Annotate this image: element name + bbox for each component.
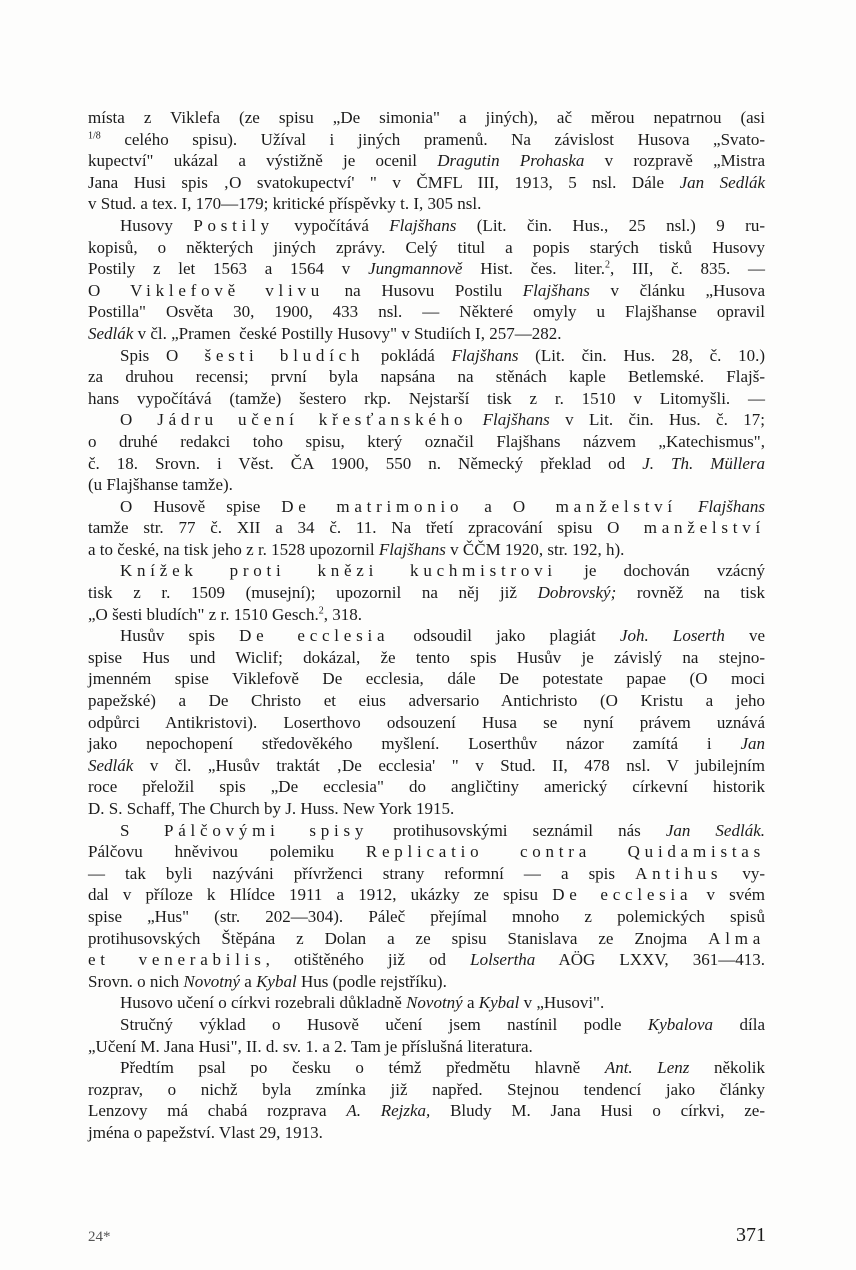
text-line: jména o papežství. Vlast 29, 1913. [88, 1122, 765, 1144]
text-line: Postily z let 1563 a 1564 v Jungmannově … [88, 258, 765, 280]
text-line: jako nepochopení středověkého myšlení. L… [88, 733, 765, 755]
text-run: ve [725, 626, 765, 645]
italic-reference: Flajšhans [389, 216, 456, 235]
text-line: odpůrci Antikristovi). Loserthovo odsouz… [88, 712, 765, 734]
text-line: č. 18. Srovn. i Věst. ČA 1900, 550 n. Ně… [88, 453, 765, 475]
text-run: a [240, 972, 256, 991]
text-run: a [463, 993, 479, 1012]
italic-reference: Jan Sedlák [680, 173, 765, 192]
text-line: kopisů, o některých jiných zprávy. Celý … [88, 237, 765, 259]
text-run: „O šesti bludích" z r. 1510 Gesch. [88, 605, 319, 624]
italic-reference: Kybalova [648, 1015, 713, 1034]
text-line: Stručný výklad o Husově učení jsem nastí… [88, 1014, 765, 1036]
spaced-title: Knížek proti knězi kuchmistrovi [120, 561, 557, 580]
text-run: , III, č. 835. — [610, 259, 765, 278]
text-run: rozprav, o nichž byla zmínka již napřed.… [88, 1080, 765, 1099]
italic-reference: Jan Sedlák. [666, 821, 765, 840]
text-line: kupectví" ukázal a výstižně je ocenil Dr… [88, 150, 765, 172]
text-line: za druhou recensi; první byla napsána na… [88, 366, 765, 388]
italic-reference: Dragutin Prohaska [437, 151, 584, 170]
text-run: , otištěného již od [266, 950, 471, 969]
text-run: „Učení M. Jana Husi", II. d. sv. 1. a 2.… [88, 1037, 533, 1056]
text-line: — tak byli nazýváni přívrženci strany re… [88, 863, 765, 885]
spaced-title: Replicatio contra Quidamistas [366, 842, 765, 861]
italic-reference: Flajšhans [379, 540, 446, 559]
text-run: jmenném spise Viklefově De ecclesia, dál… [88, 669, 765, 688]
text-run: v čl. „Pramen české Postilly Husovy" v S… [133, 324, 561, 343]
text-run: (Lit. čin. Hus. 28, č. 10.) [519, 346, 765, 365]
text-line: Sedlák v čl. „Pramen české Postilly Huso… [88, 323, 765, 345]
text-run: pokládá [364, 346, 451, 365]
text-line: et venerabilis, otištěného již od Lolser… [88, 949, 765, 971]
italic-reference: Lolsertha [470, 950, 535, 969]
text-line: Husovy Postily vypočítává Flajšhans (Lit… [88, 215, 765, 237]
text-line: Husovo učení o církvi rozebrali důkladně… [88, 992, 765, 1014]
text-line: spise „Hus" (str. 202—304). Páleč přejím… [88, 906, 765, 928]
text-line: místa z Viklefa (ze spisu „De simonia" a… [88, 107, 765, 129]
text-line: „O šesti bludích" z r. 1510 Gesch.2, 318… [88, 604, 765, 626]
text-line: O Jádru učení křesťanského Flajšhans v L… [88, 409, 765, 431]
spaced-title: O šesti bludích [166, 346, 364, 365]
text-run: je dochován vzácný [557, 561, 765, 580]
text-run: rovněž na tisk [616, 583, 765, 602]
spaced-title: Alma [708, 929, 765, 948]
text-line: Srovn. o nich Novotný a Kybal Hus (podle… [88, 971, 765, 993]
superscript: 1/8 [88, 130, 101, 141]
text-run: několik [689, 1058, 765, 1077]
text-run: a to české, na tisk jeho z r. 1528 upozo… [88, 540, 379, 559]
text-run: kupectví" ukázal a výstižně je ocenil [88, 151, 437, 170]
text-run: roce přeložil spis „De ecclesia" do angl… [88, 777, 765, 796]
text-run: kopisů, o některých jiných zprávy. Celý … [88, 238, 765, 257]
text-line: Postilla" Osvěta 30, 1900, 433 nsl. — Ně… [88, 301, 765, 323]
text-line: protihusovských Štěpána z Dolan a ze spi… [88, 928, 765, 950]
text-run: O Husově spise [120, 497, 281, 516]
text-run: Husovy [120, 216, 193, 235]
text-line: S Pálčovými spisy protihusovskými seznám… [88, 820, 765, 842]
text-line: tisk z r. 1509 (musejní); upozornil na n… [88, 582, 765, 604]
text-run: odsoudil jako plagiát [389, 626, 620, 645]
italic-reference: A. Rejzka, [346, 1101, 430, 1120]
text-run: protihusovskými seznámil nás [368, 821, 666, 840]
text-line: Sedlák v čl. „Husův traktát ‚De ecclesia… [88, 755, 765, 777]
text-run: Srovn. o nich [88, 972, 183, 991]
italic-reference: Flajšhans [698, 497, 765, 516]
text-run: na Husovu Postilu [324, 281, 523, 300]
spaced-title: O manželství [513, 497, 677, 516]
text-run: AÖG LXXV, 361—413. [535, 950, 765, 969]
italic-reference: Sedlák [88, 756, 133, 775]
text-line: roce přeložil spis „De ecclesia" do angl… [88, 776, 765, 798]
text-run: a [463, 497, 513, 516]
spaced-title: De ecclesia [239, 626, 389, 645]
italic-reference: Flajšhans [451, 346, 518, 365]
text-run: Pálčovu hněvivou polemiku [88, 842, 366, 861]
italic-reference: Joh. Loserth [620, 626, 725, 645]
spaced-title: De ecclesia [552, 885, 692, 904]
spaced-title: Postily [193, 216, 274, 235]
text-line: O Viklefově vlivu na Husovu Postilu Flaj… [88, 280, 765, 302]
text-run: za druhou recensi; první byla napsána na… [88, 367, 765, 386]
text-run: odpůrci Antikristovi). Loserthovo odsouz… [88, 713, 765, 732]
text-run: — tak byli nazýváni přívrženci strany re… [88, 864, 635, 883]
text-line: D. S. Schaff, The Church by J. Huss. New… [88, 798, 765, 820]
italic-reference: Novotný [183, 972, 240, 991]
text-run: D. S. Schaff, The Church by J. Huss. New… [88, 799, 454, 818]
italic-reference: Jungmannově [368, 259, 462, 278]
text-run: jako nepochopení středověkého myšlení. L… [88, 734, 740, 753]
text-line: Pálčovu hněvivou polemiku Replicatio con… [88, 841, 765, 863]
text-run [467, 410, 482, 429]
text-line: hans vypočítává (tamže) šestero rkp. Nej… [88, 388, 765, 410]
text-run: v svém [692, 885, 765, 904]
text-line: Husův spis De ecclesia odsoudil jako pla… [88, 625, 765, 647]
spaced-title: O Viklefově vlivu [88, 281, 324, 300]
text-run: v čl. „Husův traktát ‚De ecclesia' " v S… [133, 756, 765, 775]
italic-reference: Kybal [256, 972, 297, 991]
text-run: o druhé redakci toho spisu, který označi… [88, 432, 765, 451]
text-line: papežské) a De Christo et eius adversari… [88, 690, 765, 712]
italic-reference: Kybal [479, 993, 520, 1012]
text-line: rozprav, o nichž byla zmínka již napřed.… [88, 1079, 765, 1101]
text-run: spise „Hus" (str. 202—304). Páleč přejím… [88, 907, 765, 926]
text-line: o druhé redakci toho spisu, který označi… [88, 431, 765, 453]
text-run: papežské) a De Christo et eius adversari… [88, 691, 765, 710]
text-run: Spis [120, 346, 166, 365]
spaced-title: O manželství [607, 518, 765, 537]
text-run: vy- [722, 864, 765, 883]
text-line: O Husově spise De matrimonio a O manžels… [88, 496, 765, 518]
text-run: Husovo učení o církvi rozebrali důkladně [120, 993, 406, 1012]
italic-reference: Novotný [406, 993, 463, 1012]
text-line: Předtím psal po česku o témž předmětu hl… [88, 1057, 765, 1079]
text-run: Předtím psal po česku o témž předmětu hl… [120, 1058, 605, 1077]
text-run: díla [713, 1015, 765, 1034]
text-run: jména o papežství. Vlast 29, 1913. [88, 1123, 323, 1142]
text-run: Hist. čes. liter. [462, 259, 604, 278]
text-run: tisk z r. 1509 (musejní); upozornil na n… [88, 583, 538, 602]
text-run: celého spisu). Užíval i jiných pramenů. … [101, 130, 765, 149]
text-run: Stručný výklad o Husově učení jsem nastí… [120, 1015, 648, 1034]
spaced-title: O Jádru učení křesťanského [120, 410, 467, 429]
italic-reference: Ant. Lenz [605, 1058, 690, 1077]
spaced-title: De matrimonio [281, 497, 463, 516]
text-run: spise Hus und Wiclif; dokázal, že tento … [88, 648, 765, 667]
text-run: Lenzovy má chabá rozprava [88, 1101, 346, 1120]
text-line: jmenném spise Viklefově De ecclesia, dál… [88, 668, 765, 690]
italic-reference: J. Th. Müllera [642, 454, 765, 473]
text-run: (u Flajšhanse tamže). [88, 475, 233, 494]
text-line: Lenzovy má chabá rozprava A. Rejzka, Blu… [88, 1100, 765, 1122]
text-run: , 318. [324, 605, 362, 624]
text-run: v ČČM 1920, str. 192, h). [446, 540, 625, 559]
text-run: Postilla" Osvěta 30, 1900, 433 nsl. — Ně… [88, 302, 765, 321]
text-run: v článku „Husova [590, 281, 765, 300]
signature-mark: 24* [88, 1229, 111, 1246]
text-line: spise Hus und Wiclif; dokázal, že tento … [88, 647, 765, 669]
italic-reference: Flajšhans [523, 281, 590, 300]
text-line: (u Flajšhanse tamže). [88, 474, 765, 496]
text-run: vypočítává [274, 216, 389, 235]
text-run: Husův spis [120, 626, 239, 645]
text-line: a to české, na tisk jeho z r. 1528 upozo… [88, 539, 765, 561]
text-line: Jana Husi spis ‚O svatokupectví' " v ČMF… [88, 172, 765, 194]
text-run: v Stud. a tex. I, 170—179; kritické přís… [88, 194, 481, 213]
spaced-title: et venerabilis [88, 950, 266, 969]
text-run: dal v příloze k Hlídce 1911 a 1912, ukáz… [88, 885, 552, 904]
text-run: v rozpravě „Mistra [584, 151, 765, 170]
text-line: Knížek proti knězi kuchmistrovi je docho… [88, 560, 765, 582]
text-run: (Lit. čin. Hus., 25 nsl.) 9 ru- [456, 216, 765, 235]
text-run: protihusovských Štěpána z Dolan a ze spi… [88, 929, 708, 948]
text-line: „Učení M. Jana Husi", II. d. sv. 1. a 2.… [88, 1036, 765, 1058]
page-number: 371 [736, 1224, 766, 1247]
spaced-title: S Pálčovými spisy [120, 821, 368, 840]
italic-reference: Jan [740, 734, 765, 753]
text-run: Postily z let 1563 a 1564 v [88, 259, 368, 278]
italic-reference: Flajšhans [483, 410, 550, 429]
text-run: místa z Viklefa (ze spisu „De simonia" a… [88, 108, 765, 127]
text-run: v „Husovi". [519, 993, 604, 1012]
text-line: Spis O šesti bludích pokládá Flajšhans (… [88, 345, 765, 367]
italic-reference: Sedlák [88, 324, 133, 343]
text-run: tamže str. 77 č. XII a 34 č. 11. Na třet… [88, 518, 607, 537]
text-line: 1/8 celého spisu). Užíval i jiných prame… [88, 129, 765, 151]
text-run: Jana Husi spis ‚O svatokupectví' " v ČMF… [88, 173, 680, 192]
text-line: dal v příloze k Hlídce 1911 a 1912, ukáz… [88, 884, 765, 906]
spaced-title: Antihus [635, 864, 722, 883]
text-run: Bludy M. Jana Husi o církvi, ze- [430, 1101, 765, 1120]
text-line: v Stud. a tex. I, 170—179; kritické přís… [88, 193, 765, 215]
text-run: v Lit. čin. Hus. č. 17; [550, 410, 765, 429]
text-line: tamže str. 77 č. XII a 34 č. 11. Na třet… [88, 517, 765, 539]
text-run: Hus (podle rejstříku). [297, 972, 447, 991]
body-text: místa z Viklefa (ze spisu „De simonia" a… [88, 107, 765, 1144]
book-page: místa z Viklefa (ze spisu „De simonia" a… [0, 0, 856, 1270]
text-run: č. 18. Srovn. i Věst. ČA 1900, 550 n. Ně… [88, 454, 642, 473]
text-run [677, 497, 698, 516]
italic-reference: Dobrovský; [538, 583, 617, 602]
text-run: hans vypočítává (tamže) šestero rkp. Nej… [88, 389, 765, 408]
